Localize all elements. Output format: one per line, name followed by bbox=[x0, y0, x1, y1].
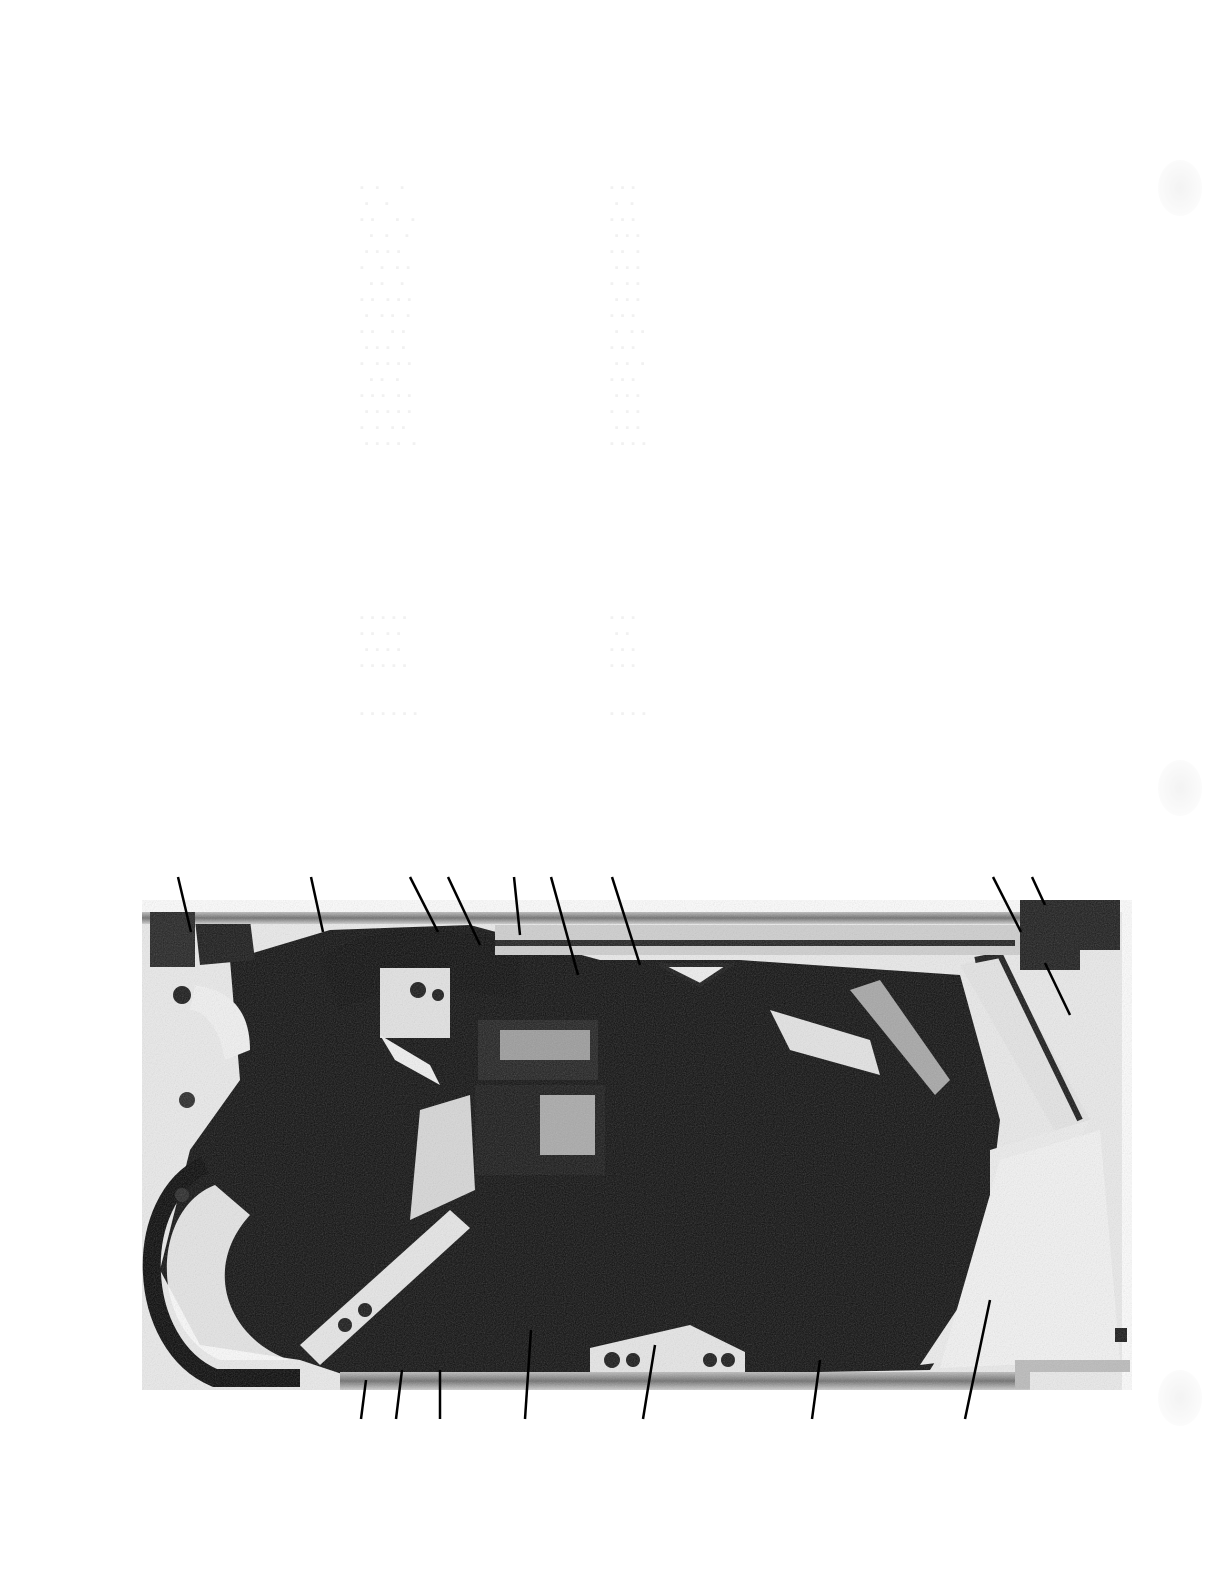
photo-body bbox=[142, 900, 1132, 1390]
machine-interior-photo bbox=[0, 0, 1229, 1594]
